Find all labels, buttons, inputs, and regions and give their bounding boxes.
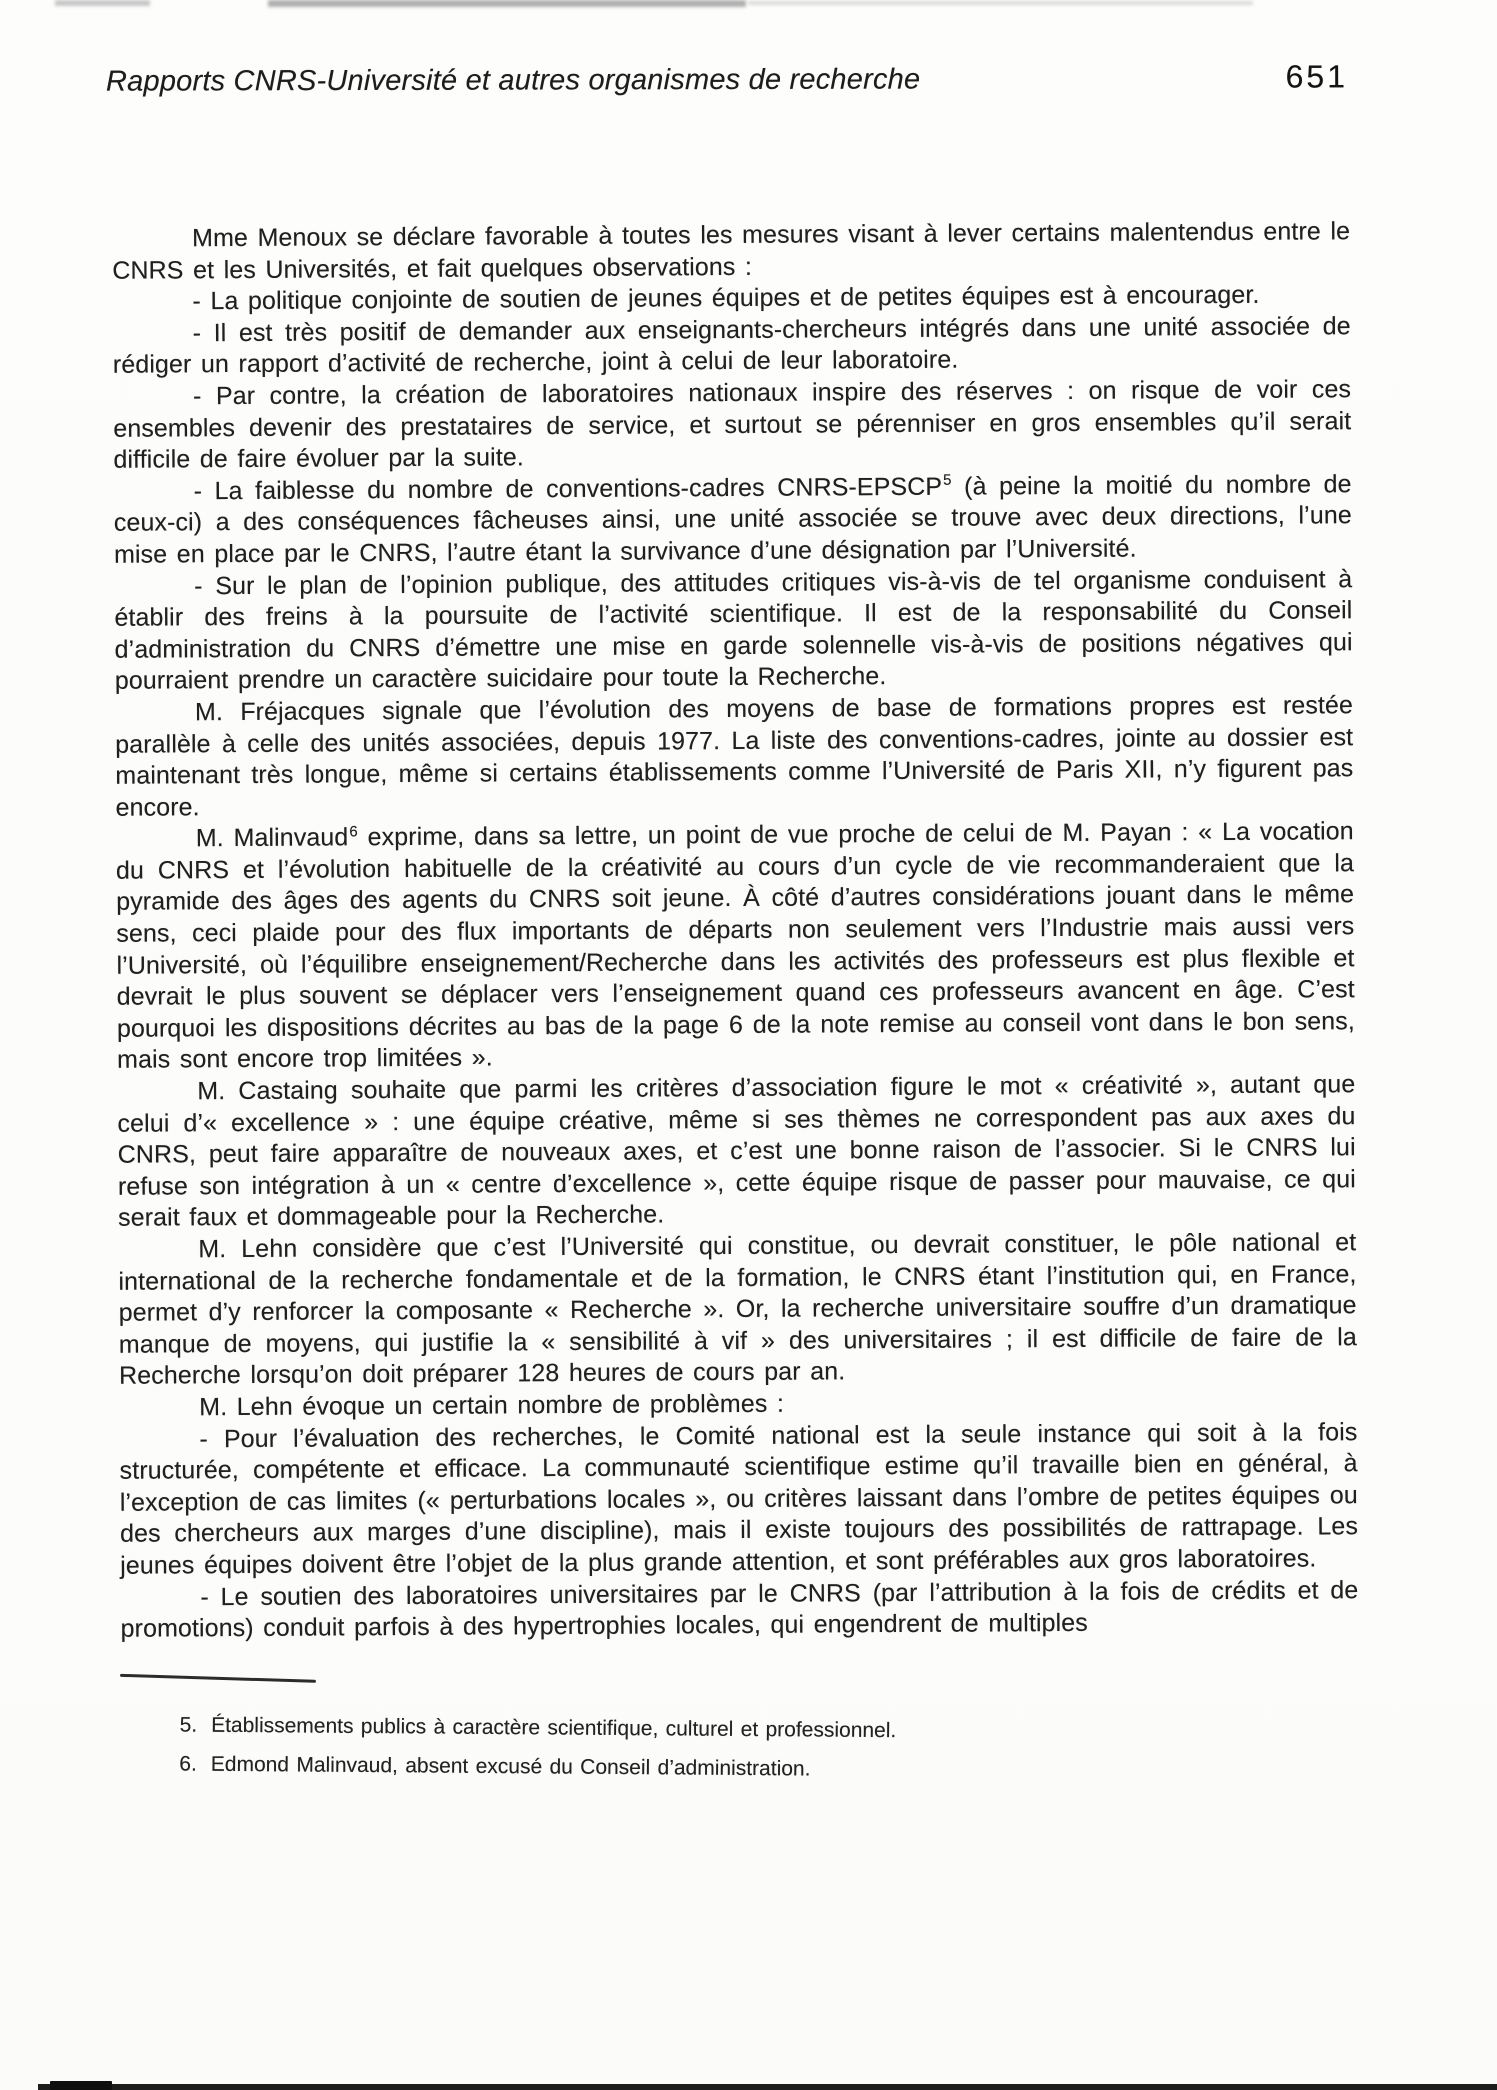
footnote-ref-6: 6 — [349, 823, 358, 840]
body-paragraphs: Mme Menoux se déclare favorable à toutes… — [112, 216, 1359, 1645]
paragraph: - Il est très positif de demander aux en… — [113, 311, 1351, 382]
footnote-text: Edmond Malinvaud, absent excusé du Conse… — [211, 1752, 811, 1780]
paragraph: - Pour l’évaluation des recherches, le C… — [119, 1417, 1358, 1583]
scan-edge-bottom-bar — [38, 2084, 1497, 2090]
footnote-separator-rule — [120, 1674, 316, 1683]
paragraph: M. Malinvaud6 exprime, dans sa lettre, u… — [116, 816, 1356, 1076]
page-number: 651 — [1286, 58, 1348, 95]
paragraph: - Par contre, la création de laboratoire… — [113, 374, 1352, 476]
footnote-number: 5. — [180, 1713, 198, 1736]
paragraph: M. Fréjacques signale que l’évolution de… — [115, 690, 1354, 824]
paragraph: - Le soutien des laboratoires universita… — [120, 1575, 1358, 1646]
running-head: Rapports CNRS-Université et autres organ… — [106, 58, 1348, 98]
scan-smudge-top-left — [55, 0, 150, 6]
scan-smudge-top-center — [268, 0, 746, 7]
footnote-list: 5.Établissements publics à caractère sci… — [179, 1705, 1350, 1792]
scan-edge-bottom-blob — [50, 2081, 112, 2090]
paragraph: Mme Menoux se déclare favorable à toutes… — [112, 216, 1350, 287]
paragraph: M. Lehn considère que c’est l’Université… — [118, 1227, 1357, 1393]
scanned-document-page: Rapports CNRS-Université et autres organ… — [0, 0, 1497, 2090]
page-body: Mme Menoux se déclare favorable à toutes… — [112, 220, 1350, 1783]
footnote-text: Établissements publics à caractère scien… — [211, 1713, 896, 1741]
paragraph: M. Castaing souhaite que parmi les critè… — [117, 1069, 1356, 1235]
paragraph: - La faiblesse du nombre de conventions-… — [114, 469, 1353, 571]
footnote-6: 6.Edmond Malinvaud, absent excusé du Con… — [179, 1744, 1349, 1792]
running-head-title: Rapports CNRS-Université et autres organ… — [106, 63, 920, 98]
footnote-ref-5: 5 — [943, 472, 952, 489]
footnotes-section: 5.Établissements publics à caractère sci… — [111, 1676, 1350, 1793]
footnote-number: 6. — [179, 1752, 197, 1775]
paragraph: - Sur le plan de l’opinion publique, des… — [114, 564, 1353, 698]
scan-smudge-top-right — [748, 1, 1253, 5]
